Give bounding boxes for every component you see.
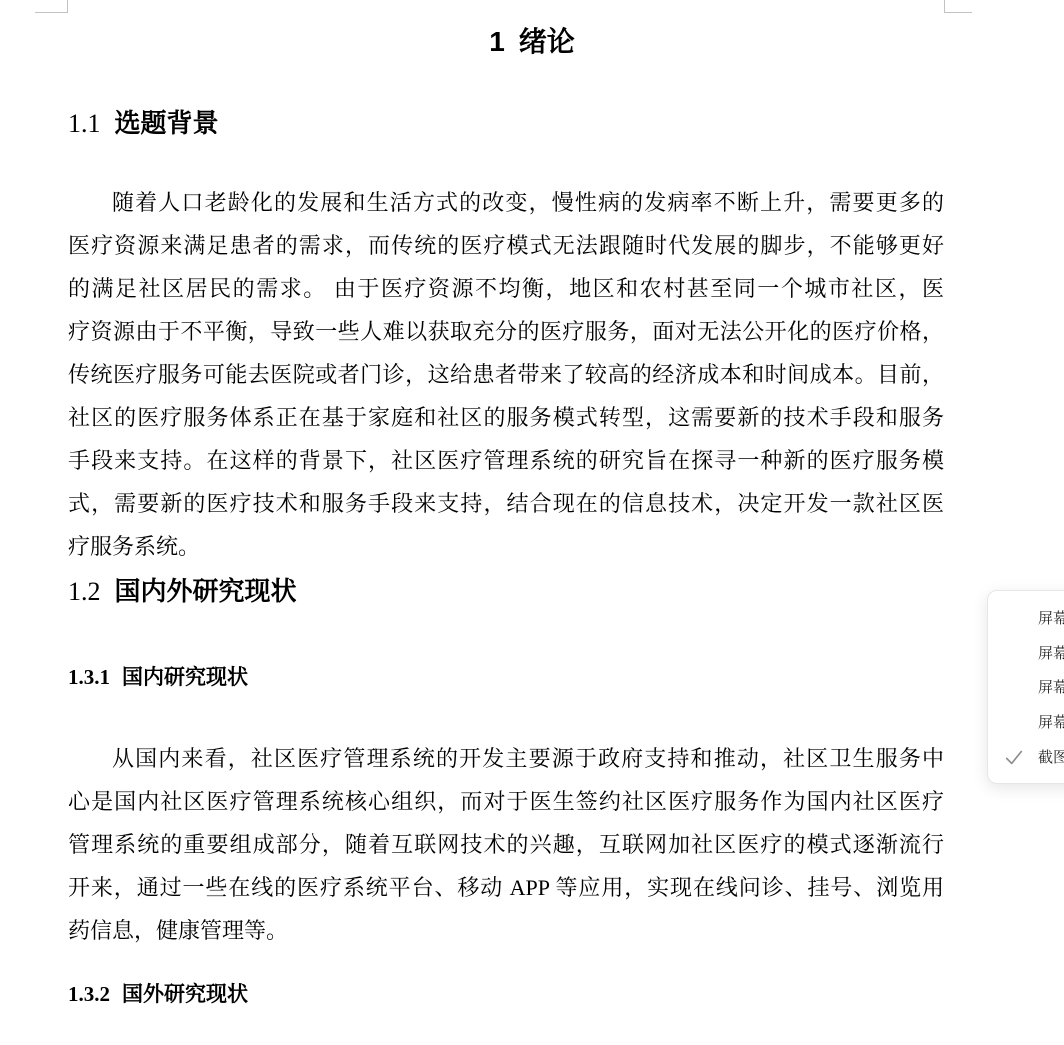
section-number: 1.2 xyxy=(68,577,101,606)
paragraph-line: 疗服务系统。 xyxy=(68,525,944,568)
subsection-number: 1.3.1 xyxy=(68,665,110,689)
section-heading-1-2: 1.2国内外研究现状 xyxy=(68,574,944,609)
screenshot-context-menu: 屏幕屏幕屏幕屏幕截图 xyxy=(987,590,1064,784)
section-number: 1.1 xyxy=(68,109,101,138)
section-heading-1-1: 1.1选题背景 xyxy=(68,106,944,141)
paragraph-line: 疗资源由于不平衡，导致一些人难以获取充分的医疗服务，面对无法公开化的医疗价格， xyxy=(68,310,944,353)
paragraph-line: 心是国内社区医疗管理系统核心组织，而对于医生签约社区医疗服务作为国内社区医疗 xyxy=(68,780,944,823)
section-heading-text: 选题背景 xyxy=(115,108,219,138)
subsection-heading-text: 国外研究现状 xyxy=(122,982,248,1006)
chapter-number: 1 xyxy=(489,26,505,57)
menu-item-label: 屏幕 xyxy=(1038,607,1064,628)
paragraph: 从国内来看，社区医疗管理系统的开发主要源于政府支持和推动，社区卫生服务中心是国内… xyxy=(68,737,944,952)
section-heading-text: 国内外研究现状 xyxy=(115,576,297,606)
check-placeholder xyxy=(1003,676,1025,698)
paragraph-line: 医疗资源来满足患者的需求，而传统的医疗模式无法跟随时代发展的脚步，不能够更好 xyxy=(68,224,944,267)
paragraph-line: 管理系统的重要组成部分，随着互联网技术的兴趣，互联网加社区医疗的模式逐渐流行 xyxy=(68,823,944,866)
menu-item-screen-option-2[interactable]: 屏幕 xyxy=(988,635,1064,670)
page-margin-mark-top-left xyxy=(35,12,68,13)
paragraph-line: 社区的医疗服务体系正在基于家庭和社区的服务模式转型，这需要新的技术手段和服务 xyxy=(68,396,944,439)
paragraph-line: 手段来支持。在这样的背景下，社区医疗管理系统的研究旨在探寻一种新的医疗服务模 xyxy=(68,439,944,482)
paragraph-line: 传统医疗服务可能去医院或者门诊，这给患者带来了较高的经济成本和时间成本。目前， xyxy=(68,353,944,396)
menu-item-label: 屏幕 xyxy=(1038,711,1064,732)
paragraph-line: 式，需要新的医疗技术和服务手段来支持，结合现在的信息技术，决定开发一款社区医 xyxy=(68,482,944,525)
subsection-heading-1-3-1: 1.3.1国内研究现状 xyxy=(68,663,944,691)
menu-item-screen-option-4[interactable]: 屏幕 xyxy=(988,704,1064,739)
paragraph-line: 开来，通过一些在线的医疗系统平台、移动 APP 等应用，实现在线问诊、挂号、浏览… xyxy=(68,866,944,909)
menu-item-label: 屏幕 xyxy=(1038,642,1064,663)
chapter-title: 1绪论 xyxy=(94,24,970,60)
page-margin-mark-top-right xyxy=(944,12,972,13)
paragraph-line: 从国内来看，社区医疗管理系统的开发主要源于政府支持和推动，社区卫生服务中 xyxy=(68,737,944,780)
paragraph: 随着人口老龄化的发展和生活方式的改变，慢性病的发病率不断上升，需要更多的医疗资源… xyxy=(68,181,944,568)
check-placeholder xyxy=(1003,606,1025,628)
chapter-title-text: 绪论 xyxy=(519,26,575,57)
document-page: 1绪论 1.1选题背景 随着人口老龄化的发展和生活方式的改变，慢性病的发病率不断… xyxy=(68,0,944,1008)
paragraph-line: 的满足社区居民的需求。 由于医疗资源不均衡，地区和农村甚至同一个城市社区，医 xyxy=(68,267,944,310)
menu-item-screenshot[interactable]: 截图 xyxy=(988,739,1064,774)
subsection-number: 1.3.2 xyxy=(68,982,110,1006)
page-margin-mark-top-right xyxy=(944,0,945,13)
check-placeholder xyxy=(1003,711,1025,733)
subsection-heading-text: 国内研究现状 xyxy=(122,665,248,689)
menu-item-label: 屏幕 xyxy=(1038,676,1064,697)
subsection-heading-1-3-2: 1.3.2国外研究现状 xyxy=(68,980,944,1008)
menu-item-screen-option-3[interactable]: 屏幕 xyxy=(988,670,1064,705)
paragraph-line: 药信息，健康管理等。 xyxy=(68,909,944,952)
check-icon xyxy=(1003,746,1025,768)
check-placeholder xyxy=(1003,641,1025,663)
menu-item-label: 截图 xyxy=(1038,746,1064,767)
paragraph-line: 随着人口老龄化的发展和生活方式的改变，慢性病的发病率不断上升，需要更多的 xyxy=(68,181,944,224)
menu-item-screen-option-1[interactable]: 屏幕 xyxy=(988,600,1064,635)
